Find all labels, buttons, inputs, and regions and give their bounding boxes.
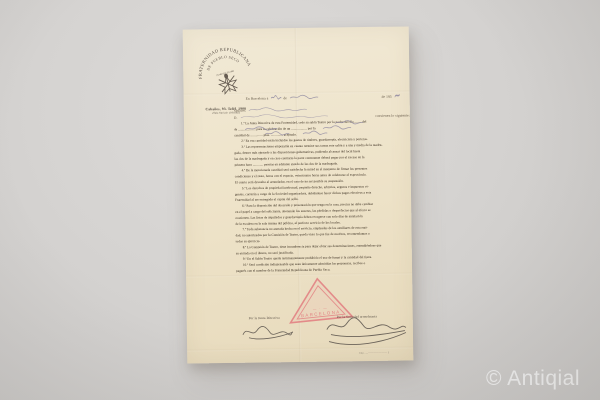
handwriting-mark: [289, 94, 319, 100]
body-line: pagarés con el nombre de la Fraternidad …: [236, 266, 412, 274]
date-prefix: En Barcelona a: [246, 96, 269, 100]
product-photo: FRATERNIDAD REPUBLICANA DE PUEBLO SECO F…: [0, 0, 600, 400]
signature-left: [239, 322, 297, 343]
date-line: En Barcelona a de de 193: [234, 92, 410, 100]
date-year-prefix: de 193: [382, 95, 392, 99]
senores-label: Señores: [234, 109, 246, 113]
handwriting-mark: [394, 93, 401, 99]
handwriting-mark: [248, 106, 308, 113]
handwriting-mark: [270, 94, 281, 100]
d-label: D.: [234, 116, 238, 120]
printer-imprint: Imp. ———————— 3: [359, 351, 419, 354]
date-de: de: [283, 96, 287, 100]
d-suffix: convienen lo siguiente:: [375, 113, 410, 117]
document-paper: FRATERNIDAD REPUBLICANA DE PUEBLO SECO F…: [183, 26, 414, 363]
handwriting-mark: [239, 113, 329, 120]
body-lines: 1.ª La Junta Directiva de esta Fraternid…: [234, 118, 412, 274]
typed-text-block: En Barcelona a de de 193 Señores: [234, 92, 413, 280]
left-signature-label: Por la Junta Directiva: [249, 316, 280, 320]
watermark-text: © Antiqial: [486, 367, 580, 391]
signature-right: [323, 314, 409, 349]
